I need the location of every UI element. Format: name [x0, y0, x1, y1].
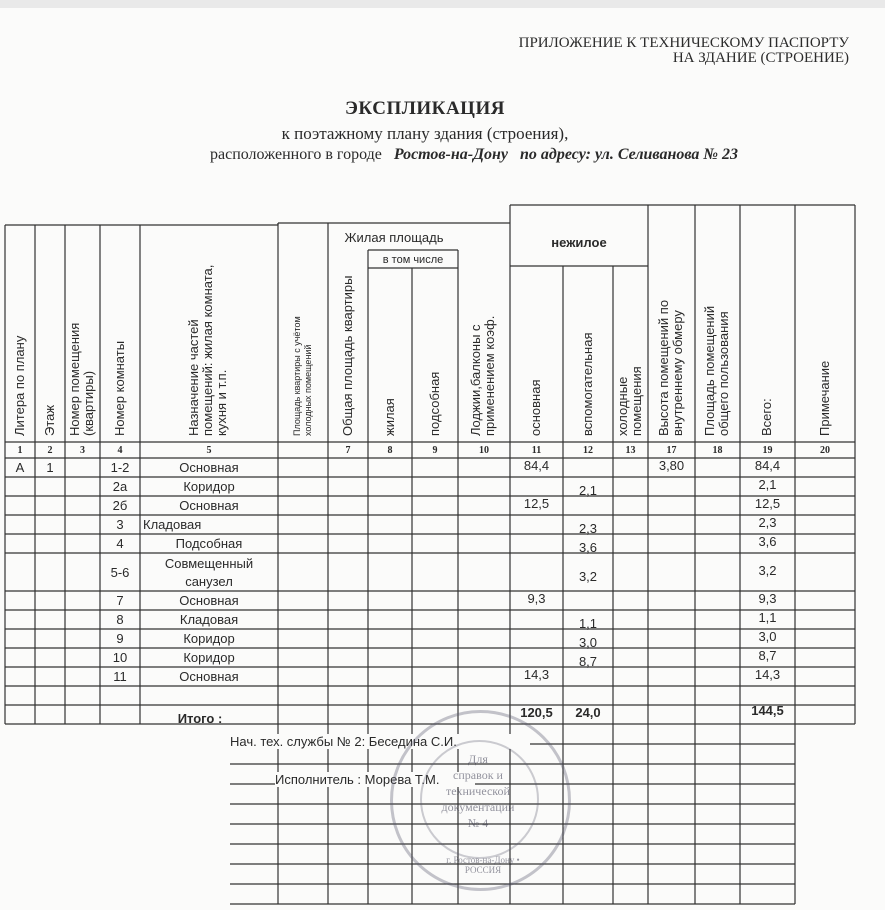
- group-header-including: в том числе: [368, 253, 458, 268]
- column-header-8: жилая: [383, 398, 397, 436]
- cell-main-area: 12,5: [510, 496, 563, 511]
- column-header-18: Площадь помещенийобщего пользования: [703, 306, 731, 436]
- column-number-12: 12: [563, 443, 613, 458]
- cell-purpose: Кладовая: [140, 612, 278, 627]
- stamp-line: справок и: [418, 768, 538, 783]
- cell-purpose: Основная: [140, 498, 278, 513]
- column-number-9: 9: [412, 443, 458, 458]
- cell-aux-area: 2,3: [563, 521, 613, 536]
- cell-purpose: Основная: [140, 593, 278, 608]
- cell-room-number: 4: [100, 536, 140, 551]
- column-header-11: основная: [529, 380, 543, 437]
- column-number-19: 19: [740, 443, 795, 458]
- column-number-1: 1: [5, 443, 35, 458]
- stamp-line: Для: [418, 752, 538, 767]
- cell-aux-area: 3,0: [563, 635, 613, 650]
- cell-aux-area: 8,7: [563, 654, 613, 669]
- cell-height: 3,80: [648, 458, 695, 473]
- cell-total: 84,4: [740, 458, 795, 473]
- cell-aux-area: 3,2: [563, 569, 613, 584]
- column-header-20: Примечание: [818, 361, 832, 436]
- cell-floor: 1: [35, 460, 65, 475]
- cell-purpose: Коридор: [140, 650, 278, 665]
- cell-aux-area: 3,6: [563, 540, 613, 555]
- cell-purpose: Основная: [140, 460, 278, 475]
- cell-room-number: 2б: [100, 498, 140, 513]
- cell-total: 8,7: [740, 648, 795, 663]
- column-number-7: 7: [328, 443, 368, 458]
- cell-room-number: 7: [100, 593, 140, 608]
- cell-aux-area: 1,1: [563, 616, 613, 631]
- group-header-living-area: Жилая площадь: [278, 230, 510, 245]
- stamp-ring-text: г. Ростов-на-Дону • РОССИЯ: [428, 855, 538, 875]
- column-header-19: Всего:: [760, 398, 774, 436]
- cell-total: 1,1: [740, 610, 795, 625]
- cell-room-number: 11: [100, 669, 140, 684]
- cell-aux-area: 2,1: [563, 483, 613, 498]
- cell-main-area: 14,3: [510, 667, 563, 682]
- cell-room-number: 8: [100, 612, 140, 627]
- column-number-10: 10: [458, 443, 510, 458]
- cell-total: 2,1: [740, 477, 795, 492]
- cell-total: 3,6: [740, 534, 795, 549]
- cell-purpose: Коридор: [140, 631, 278, 646]
- column-number-3: 3: [65, 443, 100, 458]
- cell-total: 12,5: [740, 496, 795, 511]
- column-number-4: 4: [100, 443, 140, 458]
- cell-room-number: 5-6: [100, 565, 140, 580]
- cell-main-area: 9,3: [510, 591, 563, 606]
- cell-purpose: Подсобная: [140, 536, 278, 551]
- cell-purpose: Совмещенный санузел: [140, 555, 278, 591]
- column-number-18: 18: [695, 443, 740, 458]
- cell-litera: А: [5, 460, 35, 475]
- column-number-13: 13: [613, 443, 648, 458]
- stamp-line: документации: [418, 800, 538, 815]
- cell-room-number: 1-2: [100, 460, 140, 475]
- column-number-5: 5: [140, 443, 278, 458]
- cell-purpose: Основная: [140, 669, 278, 684]
- column-header-17: Высота помещений повнутреннему обмеру: [657, 300, 685, 436]
- column-header-6: Площадь квартиры с учётомхолодных помеще…: [292, 316, 314, 436]
- column-header-13: холодныепомещения: [616, 366, 644, 436]
- cell-room-number: 2а: [100, 479, 140, 494]
- cell-total: 3,0: [740, 629, 795, 644]
- column-header-12: вспомогательная: [581, 332, 595, 436]
- stamp-line: № 4: [418, 816, 538, 831]
- cell-purpose: Кладовая: [140, 517, 281, 532]
- cell-room-number: 9: [100, 631, 140, 646]
- column-number-2: 2: [35, 443, 65, 458]
- totals-aux-area: 24,0: [563, 705, 613, 720]
- cell-total: 3,2: [740, 563, 795, 578]
- stamp-line: технической: [418, 784, 538, 799]
- group-header-nonresidential: нежилое: [510, 235, 648, 250]
- cell-total: 14,3: [740, 667, 795, 682]
- column-header-3: Номер помещения(квартиры): [68, 323, 96, 436]
- cell-room-number: 3: [100, 517, 140, 532]
- totals-grand-total: 144,5: [740, 703, 795, 718]
- column-header-1: Литера по плану: [13, 336, 27, 436]
- column-header-10: Лоджии,балконы сприменением коэф.: [469, 316, 497, 436]
- column-number-17: 17: [648, 443, 695, 458]
- column-header-7: Общая площадь квартиры: [341, 276, 355, 436]
- column-header-4: Номер комнаты: [113, 341, 127, 436]
- column-number-11: 11: [510, 443, 563, 458]
- column-header-9: подсобная: [428, 372, 442, 436]
- cell-total: 2,3: [740, 515, 795, 530]
- cell-purpose: Коридор: [140, 479, 278, 494]
- cell-room-number: 10: [100, 650, 140, 665]
- column-header-2: Этаж: [43, 405, 57, 436]
- column-header-5: Назначение частейпомещений: жилая комнат…: [187, 265, 229, 436]
- column-number-20: 20: [795, 443, 855, 458]
- cell-total: 9,3: [740, 591, 795, 606]
- column-number-8: 8: [368, 443, 412, 458]
- totals-label: Итого :: [150, 711, 250, 726]
- cell-main-area: 84,4: [510, 458, 563, 473]
